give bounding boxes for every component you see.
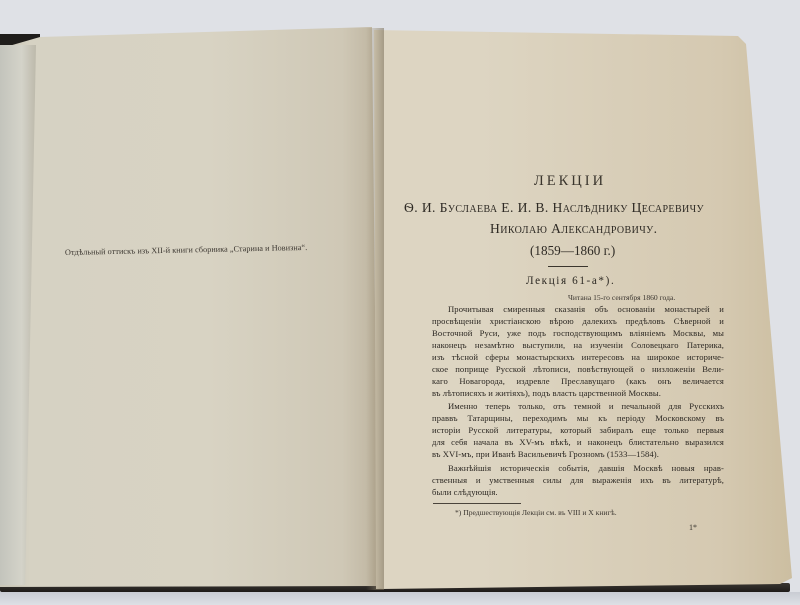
body-line: изъ тѣсной сферы монастырскихъ интересов… (432, 352, 724, 362)
body-line: для себя начала въ XV-мъ вѣкѣ, и наконец… (432, 437, 724, 447)
page-title-text: ЛЕКЦІИ (534, 173, 606, 189)
date-line: Читана 15-го сентября 1860 года. (568, 293, 675, 302)
subtitle-line-2: Николаю Александровичу. (490, 221, 657, 237)
body-line: были слѣдующія. (432, 487, 724, 497)
footnote-divider (433, 503, 521, 504)
body-line: праввъ Татарщины, переходимъ мы къ періо… (432, 413, 724, 423)
body-line: ское поприще Русской лѣтописи, повѣствую… (432, 364, 724, 374)
footnote: *) Предшествующія Лекціи см. въ VIII и X… (455, 508, 617, 517)
book-scene: Отдѣльный оттискъ изъ XII-й книги сборни… (0, 0, 800, 605)
body-line: каго Новагорода, издревле Преславущаго (… (432, 376, 724, 386)
book-gutter (366, 28, 384, 590)
body-line: Важнѣйшія историческія событія, давшія М… (448, 463, 724, 473)
body-line: Восточной Руси, уже подъ господствующимъ… (432, 328, 724, 338)
body-line: Прочитывая смиренныя сказанія объ основа… (448, 304, 724, 314)
left-page (0, 0, 380, 590)
title-divider (548, 266, 588, 267)
years: (1859—1860 г.) (530, 243, 615, 259)
body-line: въ лѣтописяхъ и житіяхъ), подъ власть ца… (432, 388, 724, 398)
body-line: просвѣщеніи христіанскою вѣрою далекихъ … (432, 316, 724, 326)
page-title: ЛЕКЦІИ (0, 173, 800, 190)
table-surface (0, 592, 800, 605)
signature-mark: 1* (689, 523, 697, 532)
body-line: Именно теперь только, отъ темной и печал… (448, 401, 724, 411)
lecture-heading: Лекція 61-а*). (526, 275, 615, 287)
subtitle-line-1: Ѳ. И. Буслаева Е. И. В. Наслѣднику Цесар… (404, 200, 704, 216)
body-line: въ XVI-мъ, при Иванѣ Васильевичѣ Грозном… (432, 449, 724, 459)
body-line: ственныя и умственныя силы для выраженія… (432, 475, 724, 485)
body-line: исторіи Русской литературы, который заби… (432, 425, 724, 435)
body-line: наконецъ незамѣтно выступили, на изучені… (432, 340, 724, 350)
